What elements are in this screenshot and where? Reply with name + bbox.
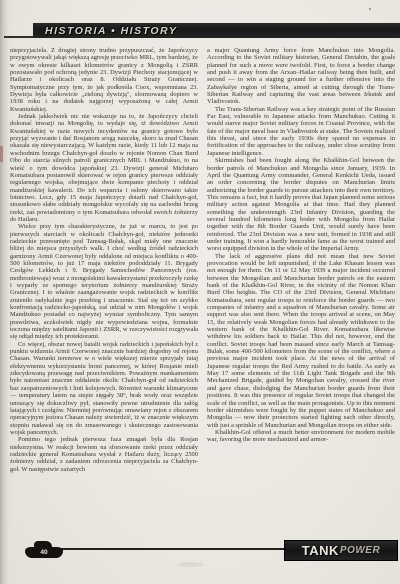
paragraph: Skirmishes had been fought along the Kha… — [207, 157, 395, 252]
tank-icon: 40 — [25, 540, 63, 558]
article-column-english: a major Quantung Army force from Manchuk… — [207, 47, 395, 535]
paragraph: nieprzyjaciela. Z drugiej strony trudno … — [10, 47, 198, 113]
header-tick-line — [4, 36, 33, 38]
section-header-bar: HISTORIA • HISTORY — [33, 23, 400, 38]
logo-text-tank: TANK — [302, 543, 339, 558]
section-title: HISTORIA • HISTORY — [45, 25, 177, 37]
paragraph: Khalkhin-Gol offered a much better envir… — [207, 429, 395, 444]
paragraph: Pomimo tego jednak pierwsza faza zmagań … — [10, 436, 198, 473]
scan-edge-mark — [0, 146, 3, 162]
paragraph: The Trans-Siberian Railway was a key str… — [207, 106, 395, 157]
paragraph: a major Quantung Army force from Manchuk… — [207, 47, 395, 106]
paragraph: The lack of aggressive plans did not mea… — [207, 253, 395, 429]
paragraph: Jednak jakkolwiek nic nie wskazuje na to… — [10, 113, 198, 223]
paragraph: Co więcej, obszar nowej batalii wojsk ra… — [10, 341, 198, 436]
footer-rule-line — [57, 548, 286, 550]
tankpower-logo: TANKPOWER — [284, 540, 398, 561]
article-column-polish: nieprzyjaciela. Z drugiej strony trudno … — [10, 47, 198, 535]
paragraph: Wielce przy tym charakterystyczne, że ju… — [10, 223, 198, 341]
page-number: 40 — [25, 548, 63, 557]
scan-speck — [369, 8, 371, 10]
scan-smudge — [178, 562, 204, 567]
article-body: nieprzyjaciela. Z drugiej strony trudno … — [10, 47, 396, 535]
logo-text-power: POWER — [340, 545, 380, 556]
magazine-page: HISTORIA • HISTORY nieprzyjaciela. Z dru… — [0, 0, 400, 584]
